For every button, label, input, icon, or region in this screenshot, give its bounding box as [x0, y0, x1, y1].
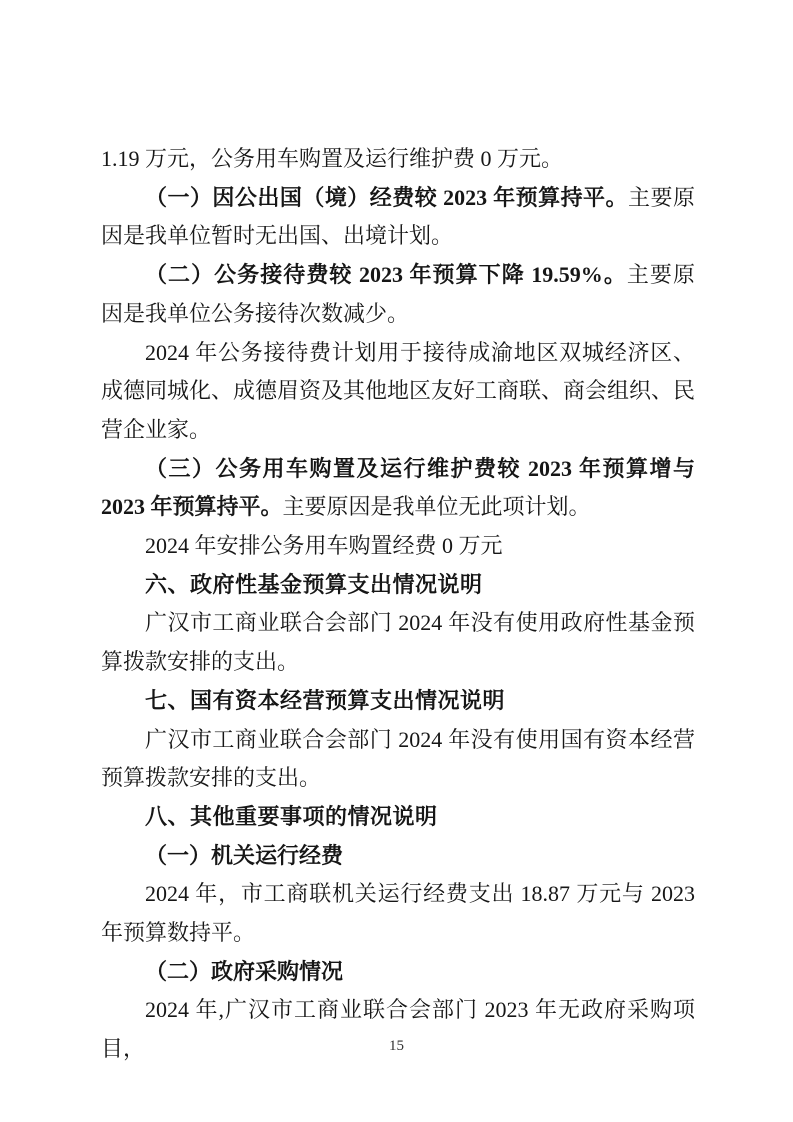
text-segment: （一）机关运行经费	[145, 843, 343, 868]
paragraph-item-2: （二）公务接待费较 2023 年预算下降 19.59%。主要原因是我单位公务接待…	[101, 256, 695, 333]
document-page: 1.19 万元，公务用车购置及运行维护费 0 万元。（一）因公出国（境）经费较 …	[0, 0, 793, 1122]
paragraph-item-1: （一）因公出国（境）经费较 2023 年预算持平。主要原因是我单位暂时无出国、出…	[101, 179, 695, 256]
text-segment: 广汉市工商业联合会部门 2024 年没有使用国有资本经营预算拨款安排的支出。	[101, 727, 695, 791]
paragraph-state-capital: 广汉市工商业联合会部门 2024 年没有使用国有资本经营预算拨款安排的支出。	[101, 721, 695, 798]
paragraph-continuation: 1.19 万元，公务用车购置及运行维护费 0 万元。	[101, 140, 695, 179]
heading-sub-2: （二）政府采购情况	[101, 953, 695, 992]
text-segment: 八、其他重要事项的情况说明	[145, 804, 438, 829]
heading-section-8: 八、其他重要事项的情况说明	[101, 798, 695, 837]
paragraph-operating-cost: 2024 年，市工商联机关运行经费支出 18.87 万元与 2023 年预算数持…	[101, 875, 695, 952]
paragraph-item-3: （三）公务用车购置及运行维护费较 2023 年预算增与 2023 年预算持平。主…	[101, 450, 695, 527]
text-segment: 六、政府性基金预算支出情况说明	[145, 572, 483, 597]
text-segment: （二）公务接待费较 2023 年预算下降 19.59%。	[145, 262, 627, 287]
text-segment: （一）因公出国（境）经费较 2023 年预算持平。	[145, 185, 628, 210]
document-body: 1.19 万元，公务用车购置及运行维护费 0 万元。（一）因公出国（境）经费较 …	[101, 140, 695, 1069]
page-number: 15	[0, 1038, 793, 1055]
text-segment: 广汉市工商业联合会部门 2024 年没有使用政府性基金预算拨款安排的支出。	[101, 610, 695, 674]
text-segment: 主要原因是我单位无此项计划。	[283, 494, 591, 519]
text-segment: 七、国有资本经营预算支出情况说明	[145, 688, 505, 713]
heading-section-6: 六、政府性基金预算支出情况说明	[101, 566, 695, 605]
text-segment: 2024 年，市工商联机关运行经费支出 18.87 万元与 2023 年预算数持…	[101, 881, 695, 945]
paragraph-vehicle-budget: 2024 年安排公务用车购置经费 0 万元	[101, 527, 695, 566]
heading-section-7: 七、国有资本经营预算支出情况说明	[101, 682, 695, 721]
paragraph-reception-plan: 2024 年公务接待费计划用于接待成渝地区双城经济区、成德同城化、成德眉资及其他…	[101, 334, 695, 450]
heading-sub-1: （一）机关运行经费	[101, 837, 695, 876]
text-segment: 1.19 万元，公务用车购置及运行维护费 0 万元。	[101, 146, 563, 171]
text-segment: 2024 年公务接待费计划用于接待成渝地区双城经济区、成德同城化、成德眉资及其他…	[101, 340, 695, 442]
paragraph-procurement: 2024 年,广汉市工商业联合会部门 2023 年无政府采购项目，	[101, 991, 695, 1068]
paragraph-govfund: 广汉市工商业联合会部门 2024 年没有使用政府性基金预算拨款安排的支出。	[101, 604, 695, 681]
text-segment: （二）政府采购情况	[145, 959, 343, 984]
text-segment: 2024 年安排公务用车购置经费 0 万元	[145, 533, 503, 558]
